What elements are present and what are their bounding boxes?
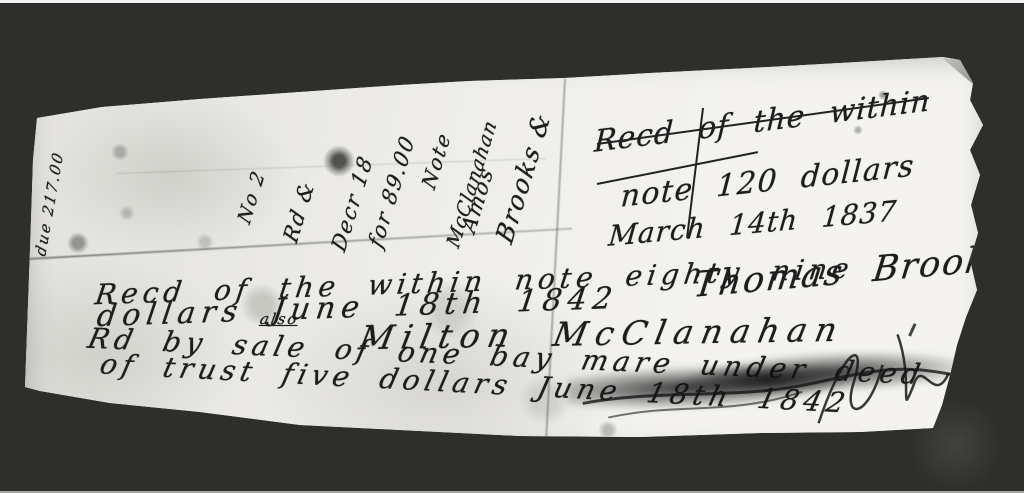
scan-top-edge-line: [0, 0, 1024, 3]
scan-background: due 217.00 No 2 Rd & Decr 18 for 89.00 N…: [0, 0, 1024, 493]
docket-line: No 2: [236, 167, 269, 227]
receipt-paper: due 217.00 No 2 Rd & Decr 18 for 89.00 N…: [22, 55, 990, 457]
receipt-1842-also-note: also: [259, 312, 300, 327]
docket-line: Note: [419, 129, 454, 192]
edge-note: due 217.00: [34, 150, 67, 258]
docket-line: Brooks &: [492, 108, 554, 247]
smear-flourish-strokes: [565, 320, 968, 439]
folded-corner: [940, 55, 976, 87]
docket-line: Rd &: [281, 177, 319, 246]
docket-line: for 89.00: [366, 132, 419, 251]
obliterated-signature-smear: [565, 320, 968, 439]
